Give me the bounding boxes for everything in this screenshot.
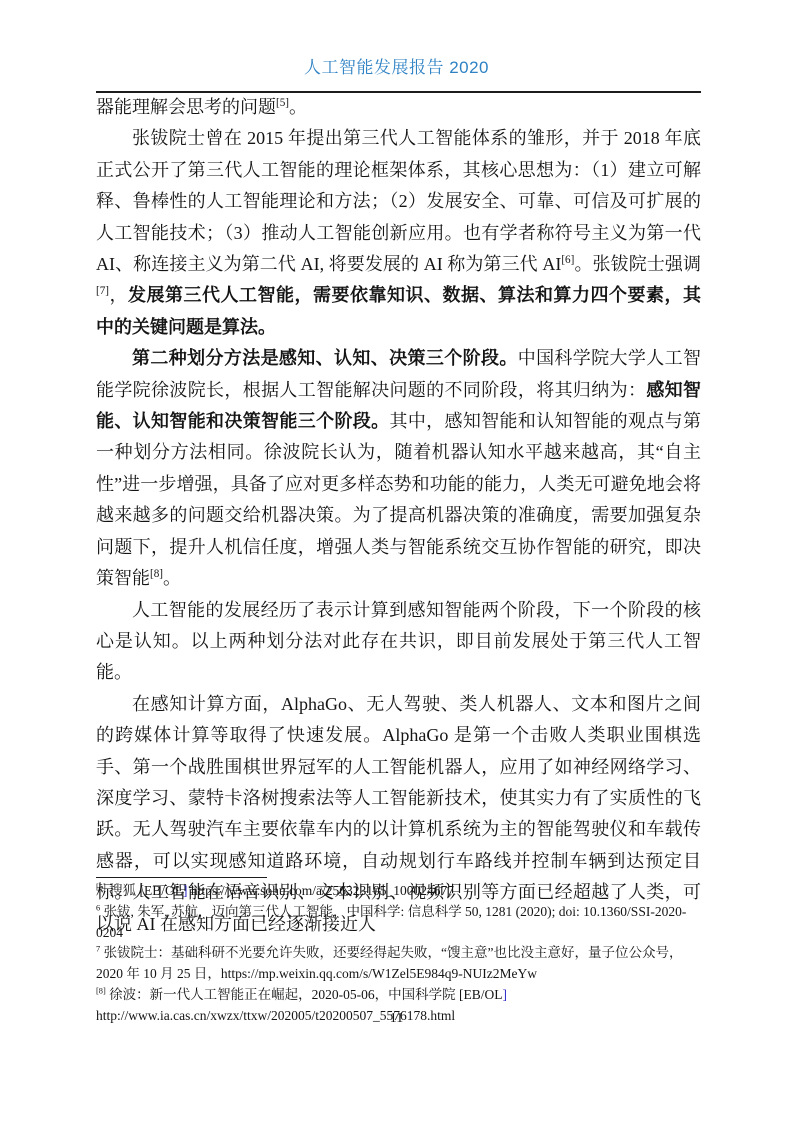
paragraph: 张钹院士曾在 2015 年提出第三代人工智能体系的雏形，并于 2018 年底正式… bbox=[96, 123, 701, 343]
footnote-marker: [5] bbox=[96, 883, 106, 892]
text-run: 第二种划分方法是感知、认知、决策三个阶段。 bbox=[132, 348, 518, 368]
text-run: 张钹院士：基础科研不光要允许失败，还要经得起失败，“馊主意”也比没主意好，量子位… bbox=[96, 945, 683, 981]
document-page: 人工智能发展报告 2020 器能理解会思考的问题[5]。张钹院士曾在 2015 … bbox=[0, 0, 793, 1122]
page-header-title: 人工智能发展报告 2020 bbox=[0, 56, 793, 80]
text-run: 张钹, 朱军, 苏航，迈向第三代人工智能，中国科学: 信息科学 50, 1281… bbox=[96, 904, 686, 940]
paragraph: 器能理解会思考的问题[5]。 bbox=[96, 92, 701, 123]
text-run: 徐波：新一代人工智能正在崛起，2020-05-06，中国科学院 [EB/OL bbox=[106, 987, 503, 1002]
footnote-marker: [7] bbox=[96, 285, 109, 297]
footnote-marker: [6] bbox=[561, 254, 574, 266]
text-run: https://www.sohu.com/a/256323105_1000246… bbox=[188, 883, 455, 898]
text-run: 张钹院士曾在 2015 年提出第三代人工智能体系的雏形，并于 2018 年底正式… bbox=[96, 128, 701, 274]
text-run: 发展第三代人工智能，需要依靠知识、数据、算法和算力四个要素，其中的关键问题是算法… bbox=[96, 285, 701, 336]
text-run: 人工智能的发展经历了表示计算到感知智能两个阶段，下一个阶段的核心是认知。以上两种… bbox=[96, 600, 701, 683]
hyperlink[interactable]: ] bbox=[502, 987, 507, 1002]
text-run: 。 bbox=[289, 97, 307, 117]
footnote: 7 张钹院士：基础科研不光要允许失败，还要经得起失败，“馊主意”也比没主意好，量… bbox=[96, 943, 701, 985]
page-number: 11 bbox=[0, 1011, 793, 1027]
footnote-marker: [5] bbox=[276, 97, 289, 109]
paragraph: 人工智能的发展经历了表示计算到感知智能两个阶段，下一个阶段的核心是认知。以上两种… bbox=[96, 595, 701, 689]
text-run: ， bbox=[109, 285, 128, 305]
text-run: 。张钹院士强调 bbox=[574, 254, 701, 274]
text-run: 器能理解会思考的问题 bbox=[96, 97, 276, 117]
paragraph: 第二种划分方法是感知、认知、决策三个阶段。中国科学院大学人工智能学院徐波院长，根… bbox=[96, 343, 701, 594]
body-text: 器能理解会思考的问题[5]。张钹院士曾在 2015 年提出第三代人工智能体系的雏… bbox=[96, 92, 701, 940]
footnote-marker: [8] bbox=[150, 568, 163, 580]
footnotes-section: [5] 搜狐 [EB/OL] https://www.sohu.com/a/25… bbox=[96, 881, 701, 1027]
footnote: 6 张钹, 朱军, 苏航，迈向第三代人工智能，中国科学: 信息科学 50, 12… bbox=[96, 902, 701, 944]
footnote-marker: [8] bbox=[96, 986, 106, 995]
footnote: [5] 搜狐 [EB/OL] https://www.sohu.com/a/25… bbox=[96, 881, 701, 902]
text-run: 。 bbox=[163, 568, 181, 588]
footnote-separator-line bbox=[96, 877, 267, 878]
text-run: 其中，感知智能和认知智能的观点与第一种划分方法相同。徐波院长认为，随着机器认知水… bbox=[96, 411, 701, 588]
text-run: 搜狐 [EB/OL bbox=[106, 883, 183, 898]
